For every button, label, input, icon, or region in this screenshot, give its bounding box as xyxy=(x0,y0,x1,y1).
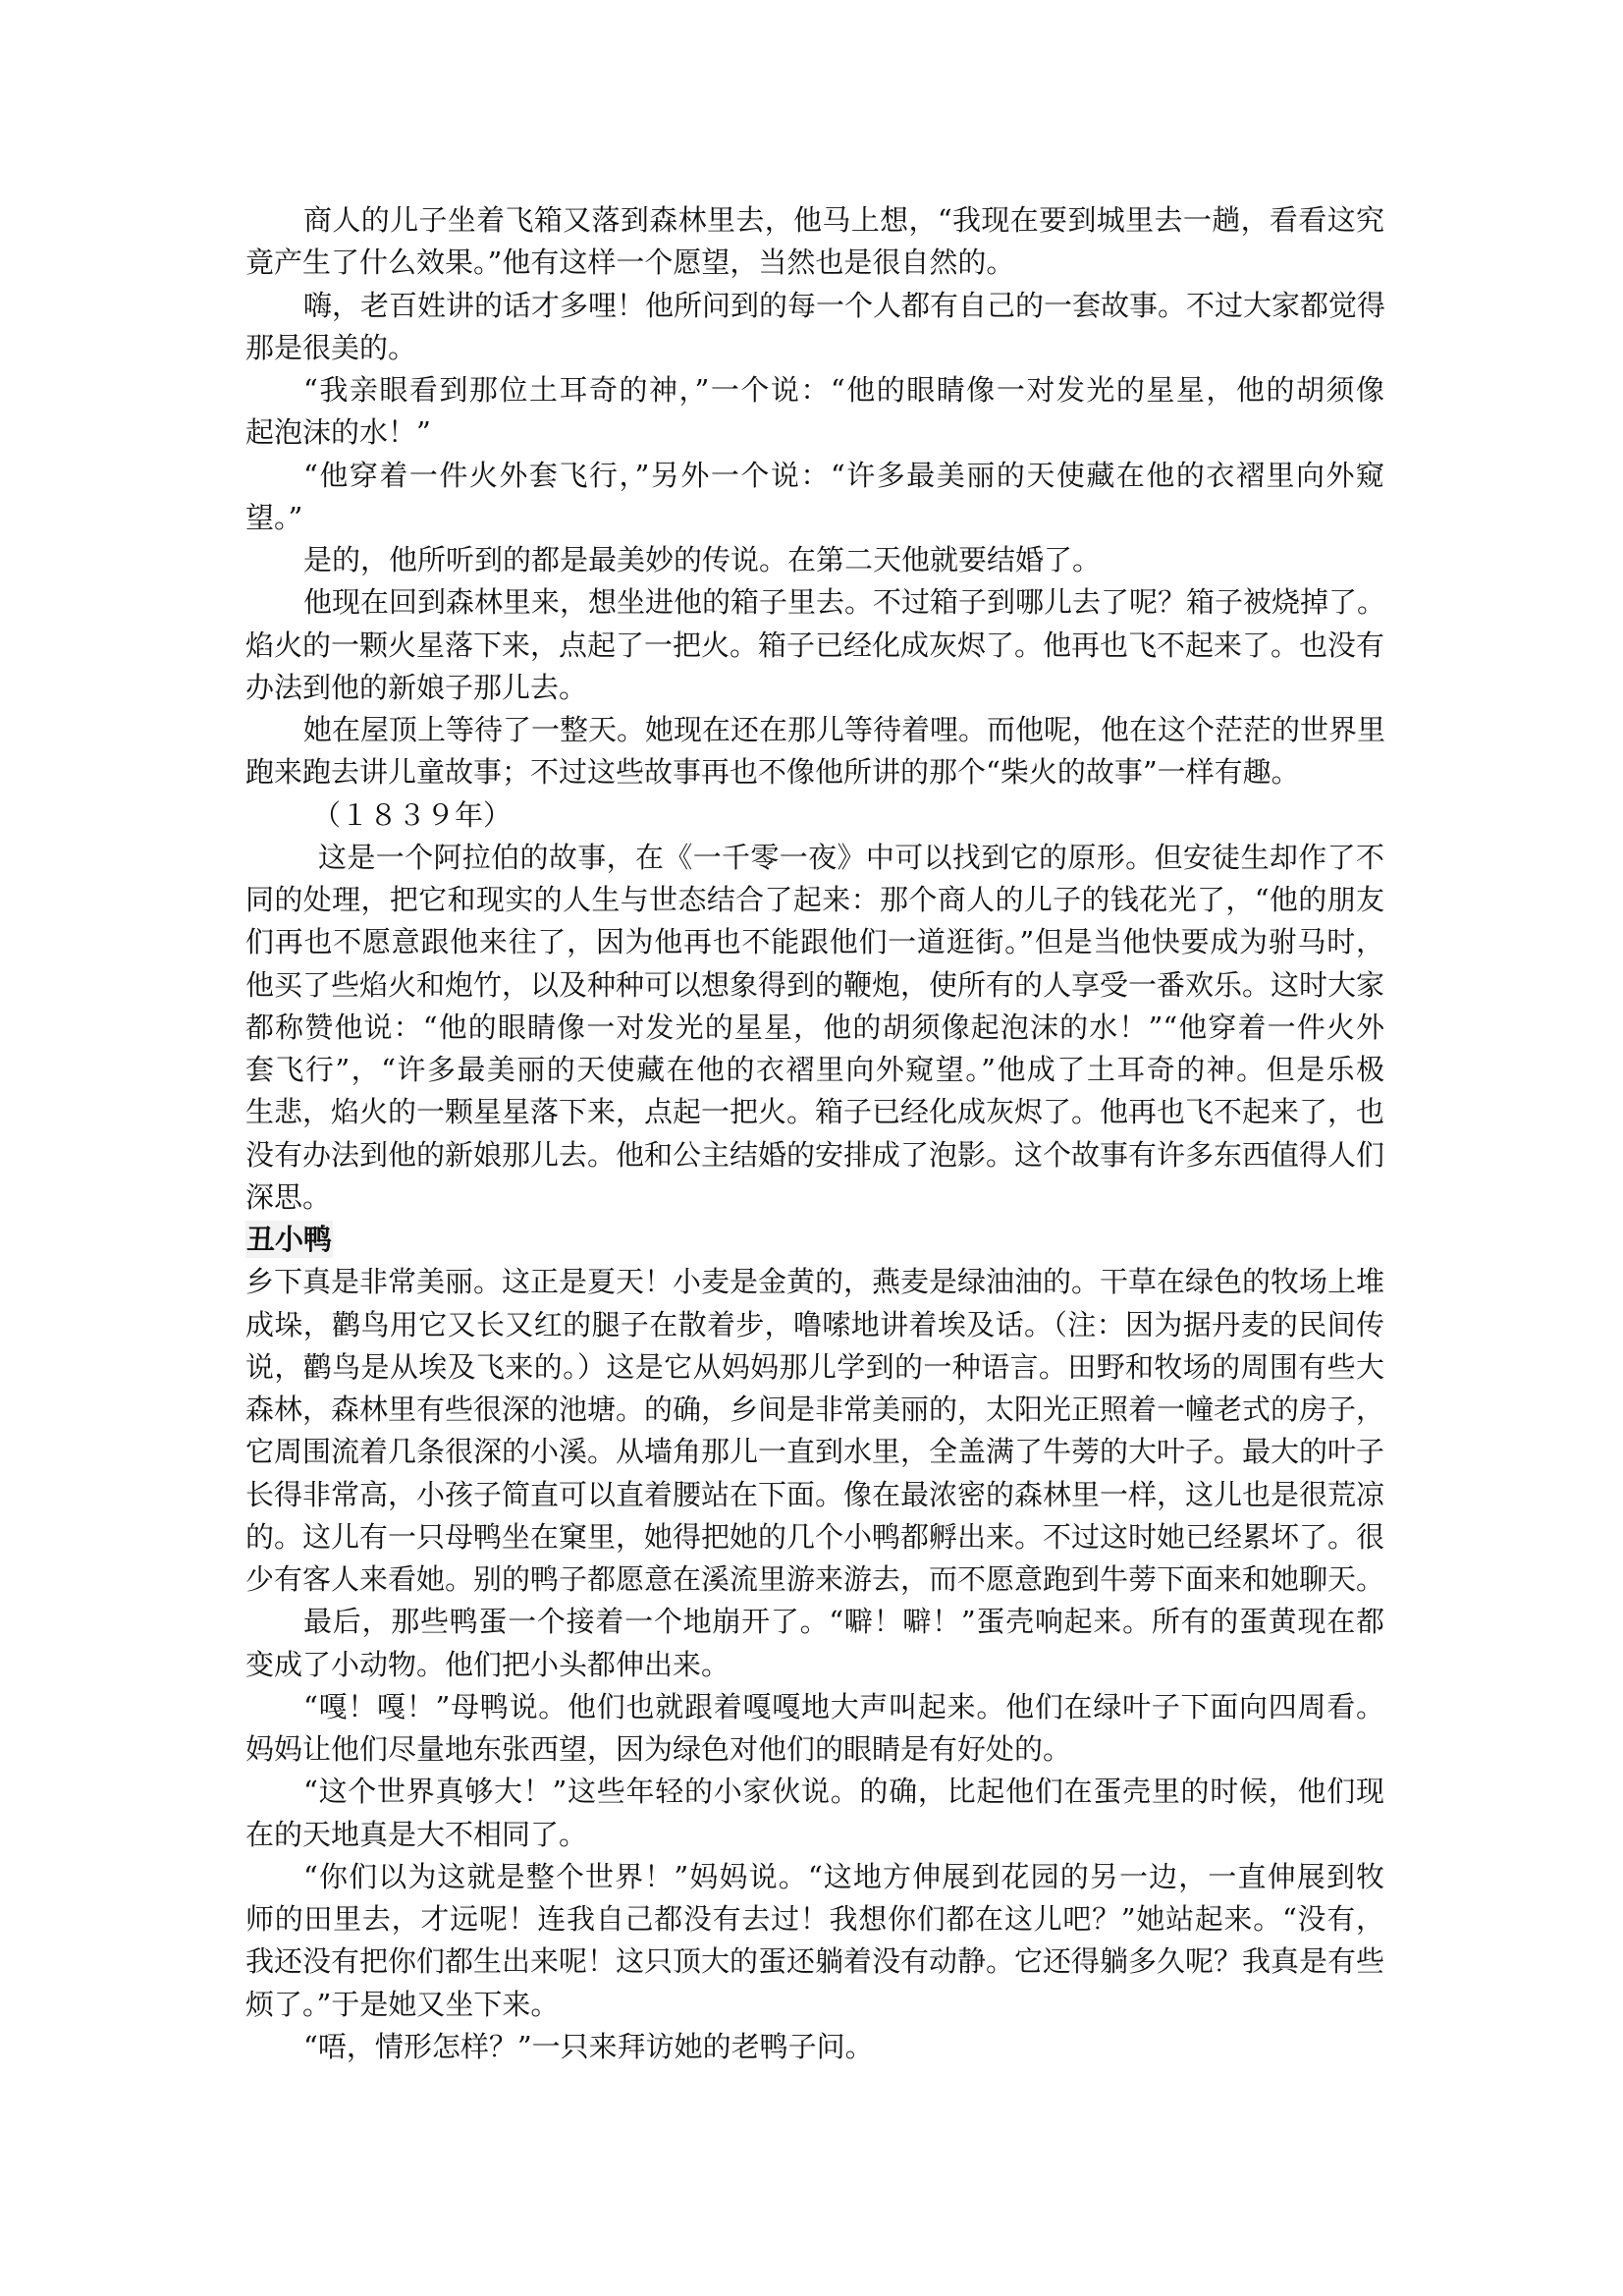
story-paragraph: 她在屋顶上等待了一整天。她现在还在那儿等待着哩。而他呢，他在这个茫茫的世界里 跑… xyxy=(245,709,1384,794)
text-line: 这是一个阿拉伯的故事，在《一千零一夜》中可以找到它的原形。但安徒生却作了不 xyxy=(245,837,1384,879)
story-paragraph: 是的，他所听到的都是最美妙的传说。在第二天他就要结婚了。 xyxy=(245,539,1384,581)
story-date: （１８３９年） xyxy=(245,794,1384,837)
text-line: 他买了些焰火和炮竹，以及种种可以想象得到的鞭炮，使所有的人享受一番欢乐。这时大家 xyxy=(245,964,1384,1007)
text-line: 都称赞他说：“他的眼睛像一对发光的星星，他的胡须像起泡沫的水！”“他穿着一件火外 xyxy=(245,1007,1384,1049)
text-line: “这个世界真够大！”这些年轻的小家伙说。的确，比起他们在蛋壳里的时候，他们现 xyxy=(245,1771,1384,1813)
story-paragraph: “我亲眼看到那位土耳奇的神，”一个说：“他的眼睛像一对发光的星星，他的胡须像 起… xyxy=(245,369,1384,455)
document-page: 商人的儿子坐着飞箱又落到森林里去，他马上想，“我现在要到城里去一趟，看看这究 竟… xyxy=(245,199,1384,2068)
text-line: 在的天地真是大不相同了。 xyxy=(245,1814,1384,1856)
story-paragraph: “这个世界真够大！”这些年轻的小家伙说。的确，比起他们在蛋壳里的时候，他们现 在… xyxy=(245,1771,1384,1856)
text-line: “我亲眼看到那位土耳奇的神，”一个说：“他的眼睛像一对发光的星星，他的胡须像 xyxy=(245,369,1384,411)
section-title-row: 丑小鸭 xyxy=(245,1219,1384,1261)
text-line: 他现在回到森林里来，想坐进他的箱子里去。不过箱子到哪儿去了呢？箱子被烧掉了。 xyxy=(245,581,1384,624)
section-title: 丑小鸭 xyxy=(245,1221,333,1258)
text-line: 烦了。”于是她又坐下来。 xyxy=(245,1984,1384,2026)
text-line: 跑来跑去讲儿童故事；不过这些故事再也不像他所讲的那个“柴火的故事”一样有趣。 xyxy=(245,751,1384,793)
text-line: 我还没有把你们都生出来呢！这只顶大的蛋还躺着没有动静。它还得躺多久呢？我真是有些 xyxy=(245,1941,1384,1983)
story-paragraph: “嘎！嘎！”母鸭说。他们也就跟着嘎嘎地大声叫起来。他们在绿叶子下面向四周看。 妈… xyxy=(245,1686,1384,1772)
text-line: 她在屋顶上等待了一整天。她现在还在那儿等待着哩。而他呢，他在这个茫茫的世界里 xyxy=(245,709,1384,751)
text-line: “唔，情形怎样？”一只来拜访她的老鸭子问。 xyxy=(245,2026,1384,2068)
story-paragraph: 最后，那些鸭蛋一个接着一个地崩开了。“噼！噼！”蛋壳响起来。所有的蛋黄现在都 变… xyxy=(245,1601,1384,1686)
text-line: 最后，那些鸭蛋一个接着一个地崩开了。“噼！噼！”蛋壳响起来。所有的蛋黄现在都 xyxy=(245,1601,1384,1643)
text-line: 焰火的一颗火星落下来，点起了一把火。箱子已经化成灰烬了。他再也飞不起来了。也没有 xyxy=(245,625,1384,667)
text-line: 商人的儿子坐着飞箱又落到森林里去，他马上想，“我现在要到城里去一趟，看看这究 xyxy=(245,199,1384,242)
text-line: 说，鹳鸟是从埃及飞来的。）这是它从妈妈那儿学到的一种语言。田野和牧场的周围有些大 xyxy=(245,1346,1384,1389)
text-line: 妈妈让他们尽量地东张西望，因为绿色对他们的眼睛是有好处的。 xyxy=(245,1728,1384,1771)
text-line: 望。” xyxy=(245,497,1384,539)
text-line: 同的处理，把它和现实的人生与世态结合了起来：那个商人的儿子的钱花光了，“他的朋友 xyxy=(245,879,1384,921)
text-line: 变成了小动物。他们把小头都伸出来。 xyxy=(245,1644,1384,1686)
text-line: 它周围流着几条很深的小溪。从墙角那儿一直到水里，全盖满了牛蒡的大叶子。最大的叶子 xyxy=(245,1431,1384,1473)
text-line: 嗨，老百姓讲的话才多哩！他所问到的每一个人都有自己的一套故事。不过大家都觉得 xyxy=(245,285,1384,327)
text-line: 没有办法到他的新娘那儿去。他和公主结婚的安排成了泡影。这个故事有许多东西值得人们 xyxy=(245,1134,1384,1176)
text-line: 们再也不愿意跟他来往了，因为他再也不能跟他们一道逛街。”但是当他快要成为驸马时， xyxy=(245,921,1384,963)
story-paragraph: 嗨，老百姓讲的话才多哩！他所问到的每一个人都有自己的一套故事。不过大家都觉得 那… xyxy=(245,285,1384,370)
text-line: “他穿着一件火外套飞行，”另外一个说：“许多最美丽的天使藏在他的衣褶里向外窥 xyxy=(245,455,1384,497)
text-line: 生悲，焰火的一颗星星落下来，点起一把火。箱子已经化成灰烬了。他再也飞不起来了，也 xyxy=(245,1091,1384,1133)
story-paragraph: 他现在回到森林里来，想坐进他的箱子里去。不过箱子到哪儿去了呢？箱子被烧掉了。 焰… xyxy=(245,581,1384,709)
text-line: 长得非常高，小孩子简直可以直着腰站在下面。像在最浓密的森林里一样，这儿也是很荒凉 xyxy=(245,1474,1384,1516)
text-line: 的。这儿有一只母鸭坐在窠里，她得把她的几个小鸭都孵出来。不过这时她已经累坏了。很 xyxy=(245,1516,1384,1558)
text-line: “你们以为这就是整个世界！”妈妈说。“这地方伸展到花园的另一边，一直伸展到牧 xyxy=(245,1856,1384,1898)
text-line: 是的，他所听到的都是最美妙的传说。在第二天他就要结婚了。 xyxy=(245,539,1384,581)
story-paragraph: 商人的儿子坐着飞箱又落到森林里去，他马上想，“我现在要到城里去一趟，看看这究 竟… xyxy=(245,199,1384,285)
text-line: 那是很美的。 xyxy=(245,327,1384,369)
text-line: 乡下真是非常美丽。这正是夏天！小麦是金黄的，燕麦是绿油油的。干草在绿色的牧场上堆 xyxy=(245,1261,1384,1303)
text-line: 深思。 xyxy=(245,1176,1384,1219)
text-line: 竟产生了什么效果。”他有这样一个愿望，当然也是很自然的。 xyxy=(245,242,1384,284)
text-line: 起泡沫的水！” xyxy=(245,411,1384,454)
story-paragraph: “他穿着一件火外套飞行，”另外一个说：“许多最美丽的天使藏在他的衣褶里向外窥 望… xyxy=(245,455,1384,540)
text-line: “嘎！嘎！”母鸭说。他们也就跟着嘎嘎地大声叫起来。他们在绿叶子下面向四周看。 xyxy=(245,1686,1384,1728)
story-paragraph: “你们以为这就是整个世界！”妈妈说。“这地方伸展到花园的另一边，一直伸展到牧 师… xyxy=(245,1856,1384,2026)
story-paragraph: 乡下真是非常美丽。这正是夏天！小麦是金黄的，燕麦是绿油油的。干草在绿色的牧场上堆… xyxy=(245,1261,1384,1601)
text-line: 师的田里去，才远呢！连我自己都没有去过！我想你们都在这儿吧？”她站起来。“没有， xyxy=(245,1898,1384,1941)
text-line: 套飞行”，“许多最美丽的天使藏在他的衣褶里向外窥望。”他成了土耳奇的神。但是乐极 xyxy=(245,1049,1384,1091)
commentary-paragraph: 这是一个阿拉伯的故事，在《一千零一夜》中可以找到它的原形。但安徒生却作了不 同的… xyxy=(245,837,1384,1219)
story-paragraph: “唔，情形怎样？”一只来拜访她的老鸭子问。 xyxy=(245,2026,1384,2068)
text-line: 办法到他的新娘子那儿去。 xyxy=(245,667,1384,709)
text-line: 森林，森林里有些很深的池塘。的确，乡间是非常美丽的，太阳光正照着一幢老式的房子， xyxy=(245,1389,1384,1431)
text-line: 成垛，鹳鸟用它又长又红的腿子在散着步，噜嗦地讲着埃及话。（注：因为据丹麦的民间传 xyxy=(245,1304,1384,1346)
text-line: 少有客人来看她。别的鸭子都愿意在溪流里游来游去，而不愿意跑到牛蒡下面来和她聊天。 xyxy=(245,1558,1384,1601)
